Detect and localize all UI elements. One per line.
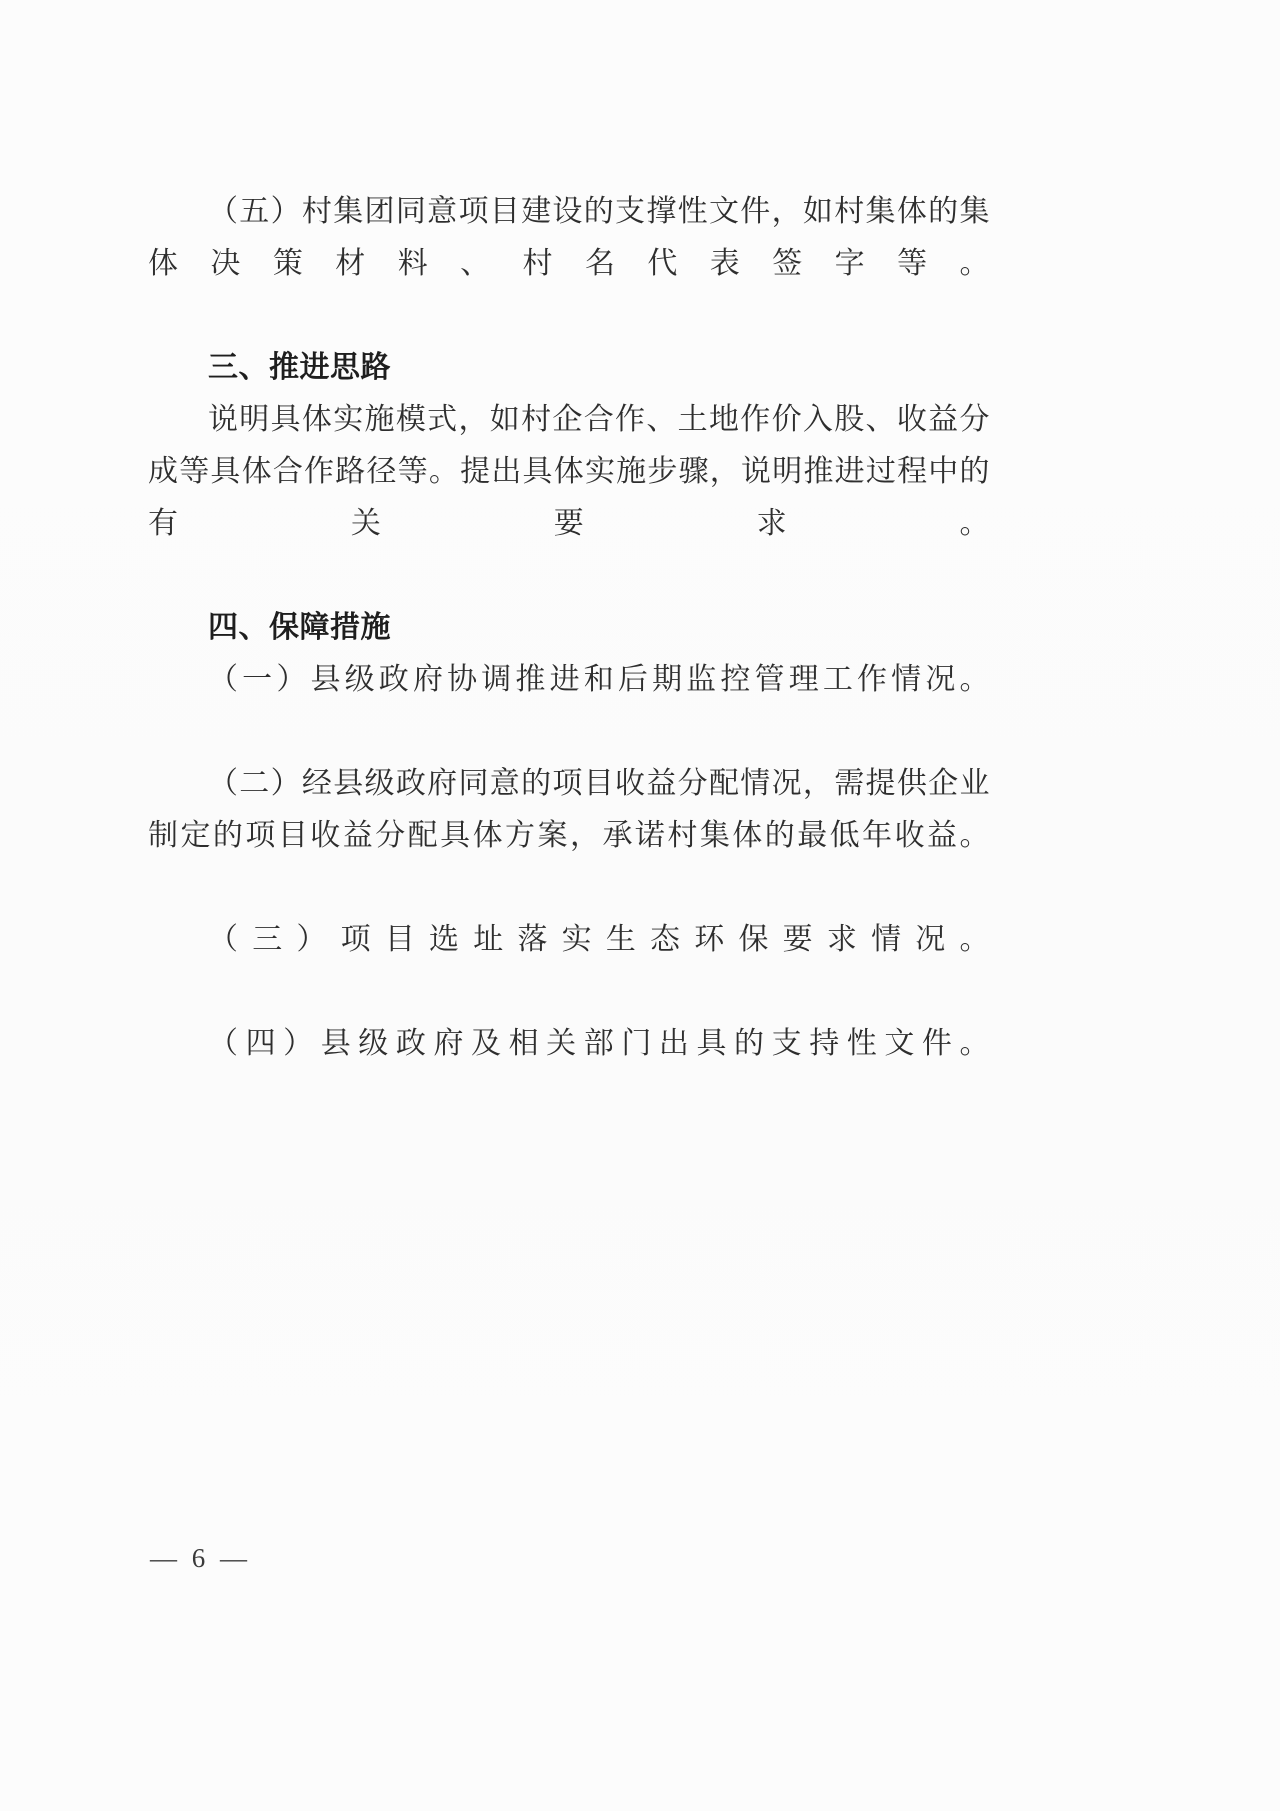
paragraph-item-2-revenue-distribution: （二）经县级政府同意的项目收益分配情况，需提供企业制定的项目收益分配具体方案，承… <box>148 758 990 914</box>
section-heading-promotion-approach: 三、推进思路 <box>148 342 990 394</box>
document-body: （五）村集团同意项目建设的支撑性文件，如村集体的集体决策材料、村名代表签字等。 … <box>148 186 990 1122</box>
paragraph-item-4-supporting-files: （四）县级政府及相关部门出具的支持性文件。 <box>148 1018 990 1122</box>
paragraph-item-1-county-coordination: （一）县级政府协调推进和后期监控管理工作情况。 <box>148 654 990 758</box>
paragraph-item-3-site-selection: （三）项目选址落实生态环保要求情况。 <box>148 914 990 1018</box>
paragraph-implementation-mode: 说明具体实施模式，如村企合作、土地作价入股、收益分成等具体合作路径等。提出具体实… <box>148 394 990 602</box>
section-heading-safeguard-measures: 四、保障措施 <box>148 602 990 654</box>
document-page: （五）村集团同意项目建设的支撑性文件，如村集体的集体决策材料、村名代表签字等。 … <box>0 0 1280 1811</box>
page-number: — 6 — <box>150 1543 251 1574</box>
paragraph-supporting-documents: （五）村集团同意项目建设的支撑性文件，如村集体的集体决策材料、村名代表签字等。 <box>148 186 990 342</box>
